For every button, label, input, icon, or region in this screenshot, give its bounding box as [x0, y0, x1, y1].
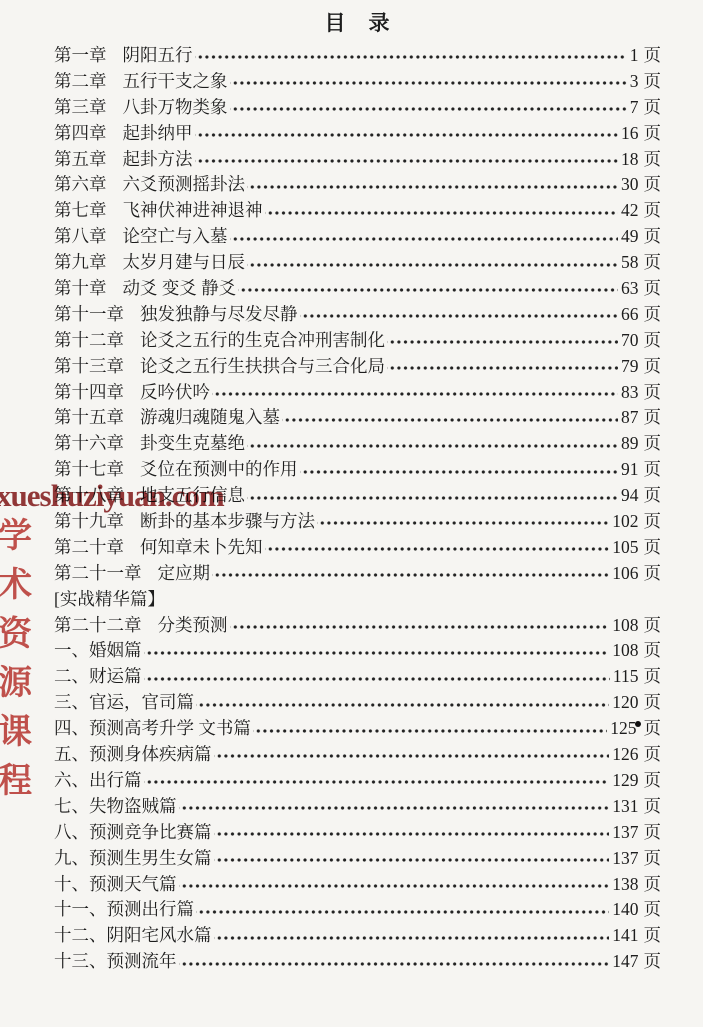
toc-entry: 第七章飞神伏神进神退神42页	[54, 198, 661, 224]
dot-leader	[214, 820, 610, 846]
entry-title: 何知章未卜先知	[140, 535, 263, 561]
page-suffix: 页	[644, 200, 662, 220]
page-suffix: 页	[644, 278, 662, 298]
page-number: 115	[613, 666, 639, 686]
page-ref: 106页	[612, 561, 661, 587]
toc-entry: 第二十一章定应期106页	[54, 561, 661, 587]
entry-label: 六、	[54, 768, 89, 794]
toc-entry: 九、预测生男生女篇137页	[54, 846, 661, 872]
dot-leader	[212, 561, 609, 587]
page-ref: 125页	[610, 716, 661, 742]
page-ref: 87页	[621, 405, 661, 431]
page-number: 120	[612, 692, 638, 712]
page-number: 129	[612, 770, 638, 790]
entry-label: 十三、	[54, 949, 107, 975]
toc-section-header: [实战精华篇】	[54, 587, 661, 613]
entry-label: 九、	[54, 846, 89, 872]
dot-leader	[247, 250, 618, 276]
page-suffix: 页	[644, 97, 662, 117]
page-number: 83	[621, 382, 639, 402]
page-ref: 129页	[612, 768, 661, 794]
dot-leader	[265, 198, 619, 224]
page-number: 131	[612, 796, 638, 816]
entry-title: 预测流年	[107, 949, 177, 975]
page-suffix: 页	[644, 796, 662, 816]
toc-entry: 第二十二章分类预测108页	[54, 613, 661, 639]
entry-title: 阴阳宅风水篇	[107, 923, 212, 949]
entry-title: 出行篇	[89, 768, 142, 794]
toc-entry: 第十六章卦变生克墓绝89页	[54, 431, 661, 457]
page-number: 66	[621, 304, 639, 324]
page-number: 108	[612, 640, 638, 660]
toc-entry: 第一章阴阳五行1页	[54, 43, 661, 69]
page-ref: 58页	[621, 250, 661, 276]
toc-entry: 第八章论空亡与入墓49页	[54, 224, 661, 250]
toc-entry: 三、官运，官司篇120页	[54, 690, 661, 716]
dot-leader	[196, 690, 609, 716]
page-number: 30	[621, 174, 639, 194]
page-suffix: 页	[644, 744, 662, 764]
toc-entry: 十三、预测流年147页	[54, 949, 661, 975]
entry-title: 分类预测	[158, 613, 228, 639]
entry-label: 三、	[54, 690, 89, 716]
toc-entry: 第十四章反吟伏吟83页	[54, 380, 661, 406]
page-number: 49	[621, 226, 639, 246]
entry-label: 第十六章	[54, 431, 124, 457]
dot-leader	[212, 380, 618, 406]
page-ref: 131页	[612, 794, 661, 820]
dot-leader	[195, 147, 619, 173]
page-ref: 105页	[612, 535, 661, 561]
page-number: 102	[612, 511, 638, 531]
entry-label: 五、	[54, 742, 89, 768]
entry-title: 卦变生克墓绝	[140, 431, 245, 457]
entry-title: 论爻之五行的生克合冲刑害制化	[140, 328, 385, 354]
entry-title: 预测身体疾病篇	[89, 742, 212, 768]
page-number: 106	[612, 563, 638, 583]
toc-entry: 第十五章游魂归魂随鬼入墓87页	[54, 405, 661, 431]
entry-label: 十、	[54, 872, 89, 898]
dot-leader	[144, 768, 610, 794]
entry-title: 财运篇	[89, 664, 142, 690]
page-number: 87	[621, 407, 639, 427]
toc-entry: 第三章八卦万物类象7页	[54, 95, 661, 121]
page-ref: 120页	[612, 690, 661, 716]
entry-label: 第五章	[54, 147, 107, 173]
entry-title: 地支五行信息	[140, 483, 245, 509]
page-number: 147	[612, 951, 638, 971]
page-ref: 94页	[621, 483, 661, 509]
page-ref: 70页	[621, 328, 661, 354]
dot-leader	[214, 923, 610, 949]
page-number: 91	[621, 459, 639, 479]
page-ref: 83页	[621, 380, 661, 406]
page-ref: 79页	[621, 354, 661, 380]
entry-title: 预测天气篇	[89, 872, 177, 898]
page-number: 105	[612, 537, 638, 557]
entry-label: 第九章	[54, 250, 107, 276]
page-number: 63	[621, 278, 639, 298]
page-suffix: 页	[644, 330, 662, 350]
page-ref: 147页	[612, 949, 661, 975]
page-number: 18	[621, 149, 639, 169]
entry-title: 预测竞争比赛篇	[89, 820, 212, 846]
entry-label: 二、	[54, 664, 89, 690]
toc-entry: 十、预测天气篇138页	[54, 872, 661, 898]
entry-title: 阴阳五行	[123, 43, 193, 69]
entry-title: 预测高考升学 文书篇	[89, 716, 251, 742]
entry-title: 五行干支之象	[123, 69, 228, 95]
toc-entry: 第四章起卦纳甲16页	[54, 121, 661, 147]
dot-leader	[195, 121, 619, 147]
page-ref: 3页	[630, 69, 661, 95]
page-number: 42	[621, 200, 639, 220]
page-number: 89	[621, 433, 639, 453]
page-number: 16	[621, 123, 639, 143]
page-suffix: 页	[644, 822, 662, 842]
entry-label: 第十五章	[54, 405, 124, 431]
entry-title: 爻位在预测中的作用	[140, 457, 298, 483]
page-number: 58	[621, 252, 639, 272]
ink-spot-artifact	[635, 721, 641, 727]
page-ref: 138页	[612, 872, 661, 898]
page-ref: 141页	[612, 923, 661, 949]
toc-entry: 第二十章何知章未卜先知105页	[54, 535, 661, 561]
entry-label: 第二十二章	[54, 613, 142, 639]
toc-entry: 第十三章论爻之五行生扶拱合与三合化局79页	[54, 354, 661, 380]
page-suffix: 页	[644, 382, 662, 402]
entry-title: 失物盗贼篇	[89, 794, 177, 820]
entry-title: 动爻 变爻 静爻	[123, 276, 237, 302]
page-ref: 137页	[612, 820, 661, 846]
dot-leader	[317, 509, 609, 535]
page-suffix: 页	[644, 511, 662, 531]
page-suffix: 页	[644, 485, 662, 505]
entry-label: 第三章	[54, 95, 107, 121]
page-suffix: 页	[644, 899, 662, 919]
entry-label: 第四章	[54, 121, 107, 147]
entry-label: 第十八章	[54, 483, 124, 509]
page-suffix: 页	[644, 45, 662, 65]
toc-entry: 七、失物盗贼篇131页	[54, 794, 661, 820]
page-suffix: 页	[644, 433, 662, 453]
toc-entry: 第六章六爻预测摇卦法30页	[54, 172, 661, 198]
toc-entry: 十二、阴阳宅风水篇141页	[54, 923, 661, 949]
entry-label: 一、	[54, 638, 89, 664]
toc-entry: 二、财运篇115页	[54, 664, 661, 690]
entry-title: 八卦万物类象	[123, 95, 228, 121]
entry-title: 起卦方法	[123, 147, 193, 173]
entry-title: 反吟伏吟	[140, 380, 210, 406]
toc-entry: 五、预测身体疾病篇126页	[54, 742, 661, 768]
page-ref: 89页	[621, 431, 661, 457]
dot-leader	[300, 457, 619, 483]
dot-leader	[195, 43, 627, 69]
entry-label: 四、	[54, 716, 89, 742]
dot-leader	[265, 535, 610, 561]
page-ref: 137页	[612, 846, 661, 872]
dot-leader	[179, 794, 610, 820]
page-suffix: 页	[644, 459, 662, 479]
entry-label: 第六章	[54, 172, 107, 198]
dot-leader	[253, 716, 607, 742]
toc-entry: 一、婚姻篇108页	[54, 638, 661, 664]
page-ref: 16页	[621, 121, 661, 147]
page-ref: 1页	[630, 43, 661, 69]
entry-title: 论爻之五行生扶拱合与三合化局	[140, 354, 385, 380]
entry-label: 第十七章	[54, 457, 124, 483]
entry-label: 第十四章	[54, 380, 124, 406]
entry-label: 第二十一章	[54, 561, 142, 587]
entry-label: 第一章	[54, 43, 107, 69]
page-suffix: 页	[644, 174, 662, 194]
page-suffix: 页	[644, 925, 662, 945]
page-suffix: 页	[644, 252, 662, 272]
page-ref: 91页	[621, 457, 661, 483]
toc-entry: 第十一章独发独静与尽发尽静66页	[54, 302, 661, 328]
dot-leader	[179, 949, 610, 975]
entry-label: 第七章	[54, 198, 107, 224]
entry-title: 定应期	[158, 561, 211, 587]
page-ref: 49页	[621, 224, 661, 250]
page-suffix: 页	[644, 692, 662, 712]
page-ref: 115页	[613, 664, 661, 690]
dot-leader	[247, 172, 618, 198]
entry-title: 起卦纳甲	[123, 121, 193, 147]
page-ref: 108页	[612, 613, 661, 639]
page-ref: 18页	[621, 147, 661, 173]
page-number: 3	[630, 71, 639, 91]
page-number: 7	[630, 97, 639, 117]
toc-entry: 第二章五行干支之象3页	[54, 69, 661, 95]
page-suffix: 页	[644, 71, 662, 91]
dot-leader	[230, 95, 627, 121]
entry-title: 婚姻篇	[89, 638, 142, 664]
page-suffix: 页	[644, 563, 662, 583]
entry-title: 预测生男生女篇	[89, 846, 212, 872]
toc-entry: 十一、预测出行篇140页	[54, 897, 661, 923]
entry-label: 第十章	[54, 276, 107, 302]
entry-title: 太岁月建与日辰	[123, 250, 246, 276]
entry-label: 第十二章	[54, 328, 124, 354]
toc-entry: 第十章动爻 变爻 静爻63页	[54, 276, 661, 302]
page-ref: 140页	[612, 897, 661, 923]
page-number: 1	[630, 45, 639, 65]
page-suffix: 页	[644, 615, 662, 635]
entry-title: 飞神伏神进神退神	[123, 198, 263, 224]
entry-label: 第十一章	[54, 302, 124, 328]
page-suffix: 页	[644, 149, 662, 169]
entry-title: 断卦的基本步骤与方法	[140, 509, 315, 535]
page-ref: 63页	[621, 276, 661, 302]
page-number: 137	[612, 848, 638, 868]
toc-entry: 四、预测高考升学 文书篇125页	[54, 716, 661, 742]
page-ref: 30页	[621, 172, 661, 198]
entry-title: 游魂归魂随鬼入墓	[140, 405, 280, 431]
page-number: 94	[621, 485, 639, 505]
dot-leader	[179, 872, 610, 898]
entry-label: 十二、	[54, 923, 107, 949]
dot-leader	[214, 742, 610, 768]
page-number: 141	[612, 925, 638, 945]
entry-label: 十一、	[54, 897, 107, 923]
page-suffix: 页	[644, 537, 662, 557]
page-suffix: 页	[644, 848, 662, 868]
entry-title: [实战精华篇】	[54, 587, 165, 613]
page-number: 108	[612, 615, 638, 635]
page-ref: 126页	[612, 742, 661, 768]
dot-leader	[230, 613, 610, 639]
page-number: 70	[621, 330, 639, 350]
page-suffix: 页	[644, 951, 662, 971]
dot-leader	[144, 638, 610, 664]
page-ref: 7页	[630, 95, 661, 121]
entry-title: 预测出行篇	[107, 897, 195, 923]
page-number: 125	[610, 718, 636, 738]
page-ref: 66页	[621, 302, 661, 328]
toc-page: 目 录 第一章阴阳五行1页第二章五行干支之象3页第三章八卦万物类象7页第四章起卦…	[0, 0, 703, 1027]
page-suffix: 页	[644, 640, 662, 660]
toc-entry: 第九章太岁月建与日辰58页	[54, 250, 661, 276]
toc-entry: 第十七章爻位在预测中的作用91页	[54, 457, 661, 483]
entry-title: 论空亡与入墓	[123, 224, 228, 250]
dot-leader	[144, 664, 610, 690]
page-suffix: 页	[644, 666, 662, 686]
page-number: 137	[612, 822, 638, 842]
dot-leader	[282, 405, 618, 431]
page-number: 138	[612, 874, 638, 894]
entry-label: 第十三章	[54, 354, 124, 380]
dot-leader	[230, 224, 619, 250]
dot-leader	[387, 328, 618, 354]
dot-leader	[196, 897, 609, 923]
page-suffix: 页	[644, 874, 662, 894]
entry-title: 六爻预测摇卦法	[123, 172, 246, 198]
watermark-line2: 学术资源课程	[0, 508, 33, 802]
page-title: 目 录	[0, 0, 703, 37]
dot-leader	[214, 846, 610, 872]
page-ref: 42页	[621, 198, 661, 224]
page-suffix: 页	[644, 304, 662, 324]
page-number: 126	[612, 744, 638, 764]
page-ref: 108页	[612, 638, 661, 664]
toc-list: 第一章阴阳五行1页第二章五行干支之象3页第三章八卦万物类象7页第四章起卦纳甲16…	[54, 43, 661, 975]
entry-title: 官运，官司篇	[89, 690, 194, 716]
toc-entry: 八、预测竞争比赛篇137页	[54, 820, 661, 846]
page-ref: 102页	[612, 509, 661, 535]
entry-label: 第二章	[54, 69, 107, 95]
toc-entry: 第十二章论爻之五行的生克合冲刑害制化70页	[54, 328, 661, 354]
page-suffix: 页	[644, 226, 662, 246]
page-number: 79	[621, 356, 639, 376]
toc-entry: 第十九章断卦的基本步骤与方法102页	[54, 509, 661, 535]
dot-leader	[247, 483, 618, 509]
entry-label: 第十九章	[54, 509, 124, 535]
entry-title: 独发独静与尽发尽静	[140, 302, 298, 328]
page-number: 140	[612, 899, 638, 919]
page-suffix: 页	[644, 718, 662, 738]
entry-label: 第八章	[54, 224, 107, 250]
dot-leader	[387, 354, 618, 380]
toc-entry: 第十八章地支五行信息94页	[54, 483, 661, 509]
entry-label: 八、	[54, 820, 89, 846]
entry-label: 第二十章	[54, 535, 124, 561]
toc-entry: 第五章起卦方法18页	[54, 147, 661, 173]
entry-label: 七、	[54, 794, 89, 820]
dot-leader	[230, 69, 627, 95]
dot-leader	[300, 302, 619, 328]
page-suffix: 页	[644, 356, 662, 376]
page-suffix: 页	[644, 123, 662, 143]
toc-entry: 六、出行篇129页	[54, 768, 661, 794]
dot-leader	[247, 431, 618, 457]
page-suffix: 页	[644, 770, 662, 790]
page-suffix: 页	[644, 407, 662, 427]
dot-leader	[238, 276, 618, 302]
